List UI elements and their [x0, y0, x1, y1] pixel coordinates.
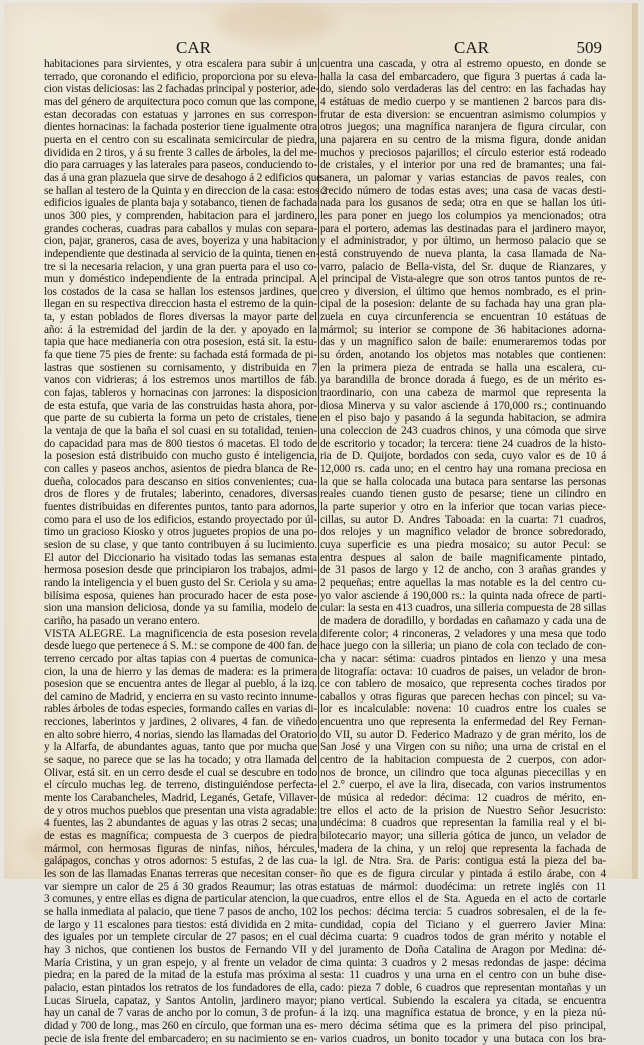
text-line: muchos y preciosos pajarillos; el círcul…	[320, 147, 606, 160]
text-line: caballos y otras figuras que parecen hec…	[320, 691, 606, 704]
text-line: crecido número de todas estas aves; una …	[320, 185, 606, 198]
text-line: la posesion está distribuido con mucho g…	[44, 450, 317, 463]
text-line: lastras que sostienen su cornisamento, y…	[44, 362, 317, 375]
text-line: 4 fuentes, las 2 abundantes de aguas y l…	[44, 817, 317, 830]
text-line: Olivar, está sit. en un cerro desde el c…	[44, 767, 317, 780]
text-line: timo un gracioso Kiosko y otros juguetes…	[44, 526, 317, 539]
text-line: 2 pequeñas; entre aquellas la mas notabl…	[320, 577, 606, 590]
text-line: puerta en el centro con su escalinata se…	[44, 134, 317, 147]
text-line: posesion que se encuentra antes de llega…	[44, 678, 317, 691]
text-line: nada para los gusanos de seda; otra en q…	[320, 197, 606, 210]
text-line: el círculo muchas leg. de terreno, disti…	[44, 779, 317, 792]
text-line: se saque, no parece que se las ha tocado…	[44, 754, 317, 767]
text-line: y la Alfarfa, de abundantes aguas, tanto…	[44, 741, 317, 754]
text-line: mas del género de arquitectura poco comu…	[44, 96, 317, 109]
text-line: cariño, ha pasado un verano entero.	[44, 615, 317, 628]
page-number: 509	[577, 38, 603, 58]
text-line: dividida en 2 tiros, y á su frente 3 cal…	[44, 147, 317, 160]
text-line: del camino de Madrid, y encierra en su v…	[44, 691, 317, 704]
text-line: diferente color; 4 rinconeras, 2 velador…	[320, 628, 606, 641]
text-line: diosa Minerva y su valor asciende á 170,…	[320, 400, 606, 413]
text-line: ya barandilla de bronce dorada á fuego, …	[320, 374, 606, 387]
text-line: unos 300 pies, y comprenden, habitacion …	[44, 210, 317, 223]
text-line: undécima: 8 cuadros que representan la f…	[320, 817, 606, 830]
text-line: su órden, anotando los objetos mas notab…	[320, 349, 606, 362]
text-line: rando la inteligencia y el buen gusto de…	[44, 577, 317, 590]
text-line: halla la casa del embarcadero, que figur…	[320, 71, 606, 84]
text-line: centro de la habitacion compuesta de 2 c…	[320, 754, 606, 767]
text-line: mun y doméstico independiente de la entr…	[44, 273, 317, 286]
text-line: VISTA ALEGRE. La magnificencia de esta p…	[44, 628, 317, 641]
text-line: bilotecario mayor; una silleria gótica d…	[320, 830, 606, 843]
text-line: cuya superficie es una piedra mosaico; s…	[320, 539, 606, 552]
text-line: en el piso bajo y pasando á la segunda h…	[320, 412, 606, 425]
text-line: de escritorio y tocador; la tercera: tie…	[320, 438, 606, 451]
text-line: fuentes distribuidas en diferentes punto…	[44, 501, 317, 514]
text-line: con fajas, tableros y hornacinas con jar…	[44, 387, 317, 400]
text-line: ño que es de figura circular y pintada á…	[320, 868, 606, 881]
text-line: para el portero, ademas las destinadas p…	[320, 223, 606, 236]
left-running-head: CAR	[176, 38, 211, 58]
text-line: la ventaja de que la baña el sol cuasi e…	[44, 425, 317, 438]
text-line: recciones, laberintos y jardines, 2 oliv…	[44, 716, 317, 729]
text-line: en la primera pieza de entrada se halla …	[320, 362, 606, 375]
text-line: mente los Carabancheles, Madrid, Leganés…	[44, 792, 317, 805]
text-line: de música al rededor: décima: 12 cuadros…	[320, 792, 606, 805]
right-column: cuentra una cascada, y otra al estremo o…	[320, 58, 606, 882]
text-line: dros de flores y de frutales; laberinto,…	[44, 488, 317, 501]
text-line: la que se halla colocada una butaca para…	[320, 476, 606, 489]
paper-stain	[214, 3, 334, 43]
text-line: está construyendo de nueva planta, la ca…	[320, 248, 606, 261]
text-line: cillas, su autor D. Andres Taboada: en l…	[320, 514, 606, 527]
text-line: terrado, que coronando el edificio, prop…	[44, 71, 317, 84]
text-line: en alto sobre hierro, 4 norias, siendo l…	[44, 729, 317, 742]
text-line: de cristales, y el interior por una red …	[320, 159, 606, 172]
text-line: dio para carruages y las laterales para …	[44, 159, 317, 172]
text-line: una pajarera en su centro de la misma fi…	[320, 134, 606, 147]
text-line: rables árboles de todas especies, forman…	[44, 703, 317, 716]
text-line: cular: la sesta en 413 cuadros, una sill…	[320, 602, 606, 615]
text-line: de estas es magnífica; compuesta de 3 cu…	[44, 830, 317, 843]
text-line: cion, pajar, graneros, casa de aves, boy…	[44, 235, 317, 248]
text-line: frutar de esta diversion: se encuentran …	[320, 109, 606, 122]
text-line: das y un magnífico salon de baile: enume…	[320, 336, 606, 349]
text-line: grandes cocheras, cuadras para caballos …	[44, 223, 317, 236]
text-line: yo valor asciende á 190,000 rs.: la quin…	[320, 590, 606, 603]
text-line: El autor del Diccionario ha visitado tod…	[44, 552, 317, 565]
text-line: otros juegos; una magnífica naranjera de…	[320, 121, 606, 134]
text-line: tapia que hace medianeria con otra poses…	[44, 336, 317, 349]
text-line: madera de la china, y un reloj que repre…	[320, 843, 606, 856]
text-line: creo y diversion, el último que hemos no…	[320, 286, 606, 299]
text-line: dientes hornacinas: la fachada posterior…	[44, 121, 317, 134]
text-line: cion, la una de hierro y las demas de ma…	[44, 666, 317, 679]
text-line: habitaciones para sirvientes, y otra esc…	[44, 58, 317, 71]
text-line: de y otros muchos pueblos que presentan …	[44, 805, 317, 818]
text-line: San José y una Virgen con su niño; una u…	[320, 741, 606, 754]
text-line: mármol, con hermosas figuras de ninfas, …	[44, 843, 317, 856]
left-column: habitaciones para sirvientes, y otra esc…	[44, 58, 317, 882]
text-line: edificios iguales de planta baja y sotab…	[44, 197, 317, 210]
text-line: bilísima esposa, quienes han procurado h…	[44, 590, 317, 603]
text-line: 12,000 rs. cada uno; en el centro hay un…	[320, 463, 606, 476]
text-line: cuentra una cascada, y otra al estremo o…	[320, 58, 606, 71]
text-line: desde luego que pertenece á S. M.: se co…	[44, 640, 317, 653]
text-line: das á una gran plazuela que sirve de des…	[44, 172, 317, 185]
text-line: ria de D. Quijote, bordados con seda, cu…	[320, 450, 606, 463]
text-line: ce con tablero de mosaico, que represent…	[320, 678, 606, 691]
text-line: sion una mansion deliciosa, donde ya su …	[44, 602, 317, 615]
text-line: cha y nacar: sétima: cuadros pintados en…	[320, 653, 606, 666]
text-line: tre ellos el acto de la prision de Nuest…	[320, 805, 606, 818]
text-line: sesion de su clase, y que tanto contribu…	[44, 539, 317, 552]
text-line: con calles y paseos anchos, asientos de …	[44, 463, 317, 476]
text-line: se hallan al testero de la Quinta y en d…	[44, 185, 317, 198]
text-line: los costados de la casa se hallan los es…	[44, 286, 317, 299]
text-line: como para el uso de los edificios, estan…	[44, 514, 317, 527]
text-line: el 2.° cuerpo, el ave la lira, disecada,…	[320, 779, 606, 792]
text-line: traordinario, con una cabeza de marmol q…	[320, 387, 606, 400]
text-line: fa que tiene 75 pies de frente: su facha…	[44, 349, 317, 362]
text-line: estan decoradas con estatuas y jarrones …	[44, 109, 317, 122]
text-line: 4 estátuas de medio cuerpo y se mantiene…	[320, 96, 606, 109]
text-line: el principal de Vista-alegre que son otr…	[320, 273, 606, 286]
text-line: vanos con vidrieras; á los estremos unos…	[44, 374, 317, 387]
text-line: les son de las llamadas Enanas terreras …	[44, 868, 317, 881]
text-line: zuela en cuya circunferencia se encuentr…	[320, 311, 606, 324]
text-line: año: á la estremidad del jardin de la de…	[44, 324, 317, 337]
text-line: de esta estufa, que varia de las constru…	[44, 400, 317, 413]
text-line: les para poner en juego los columpios ya…	[320, 210, 606, 223]
text-line: dos relojes y un magnífico velador de br…	[320, 526, 606, 539]
text-line: hace juego con la silleria; un piano de …	[320, 640, 606, 653]
right-running-head: CAR	[454, 38, 489, 58]
text-line: la parte superior y otro en la inferior …	[320, 501, 606, 514]
text-line: de 31 pasos de largo y 12 de ancho, con …	[320, 564, 606, 577]
text-line: do capacidad para mas de 800 tiestos ó m…	[44, 438, 317, 451]
text-line: llegan en su respectiva direccion hasta …	[44, 298, 317, 311]
text-line: nos de bronce, un cilindro que toca algu…	[320, 767, 606, 780]
text-line: de madera de doradillo, y bordadas en ca…	[320, 615, 606, 628]
text-line: cion vistas deliciosas: las 2 fachadas p…	[44, 83, 317, 96]
text-line: entra despues al salon de baile magnific…	[320, 552, 606, 565]
text-line: lor es incalculable: novena: 10 cuadros …	[320, 703, 606, 716]
text-line: la igl. de Ntra. Sra. de Paris: contigua…	[320, 855, 606, 868]
text-line: encuentra uno que representa la enfermed…	[320, 716, 606, 729]
text-line: cipal de la posesion: delante de su fach…	[320, 298, 606, 311]
text-line: sanera, un palomar y varias estancias de…	[320, 172, 606, 185]
text-line: y el administrador, y por último, un her…	[320, 235, 606, 248]
text-line: reales cuando tienen gusto de pesarse; t…	[320, 488, 606, 501]
text-line: do, siendo solo verdaderas las del centr…	[320, 83, 606, 96]
text-line: galápagos, conchas y otros adornos: 5 es…	[44, 855, 317, 868]
text-line: mármol; su interior se compone de 36 hab…	[320, 324, 606, 337]
text-line: una coleccion de 243 cuadros chinos, y u…	[320, 425, 606, 438]
text-line: hermosa posesion desde que principiaron …	[44, 564, 317, 577]
text-line: de litografía: octava: 10 cuadros de pai…	[320, 666, 606, 679]
text-line: que parte de su cubierta la forma un pet…	[44, 412, 317, 425]
text-line: dueña, colocados para descanso en sitios…	[44, 476, 317, 489]
text-line: tre si la necesaria relacion, y una gran…	[44, 261, 317, 274]
running-header: CAR CAR 509	[40, 38, 602, 58]
text-line: terreno cercado por altas tapias con 4 p…	[44, 653, 317, 666]
text-line: ta, y estan poblados de flores diversas …	[44, 311, 317, 324]
text-line: varro, palacio de Bella-vista, del Sr. d…	[320, 261, 606, 274]
text-line: do VII, su autor D. Federico Madrazo y d…	[320, 729, 606, 742]
text-line: independiente que destinada al servicio …	[44, 248, 317, 261]
